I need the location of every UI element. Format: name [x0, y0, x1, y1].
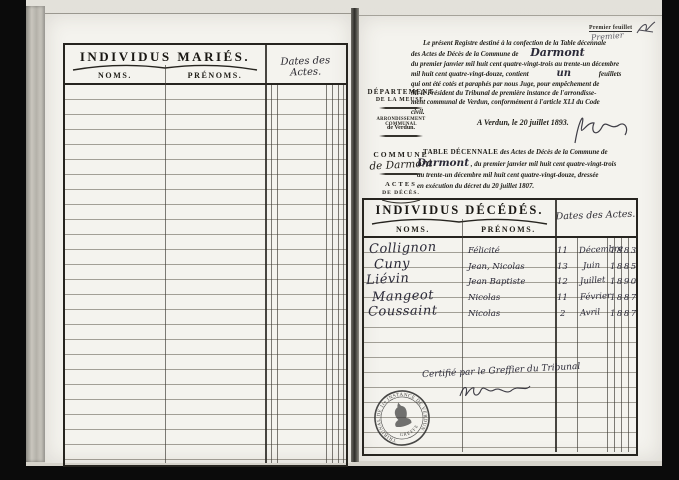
married-col-noms: NOMS.	[65, 71, 165, 80]
divider	[379, 107, 423, 109]
intro-line: des Actes de Décès de la Commune de Darm…	[411, 48, 657, 59]
stamp-figure	[390, 400, 412, 428]
greffier-signature	[456, 376, 534, 404]
department-value: DE LA MEUSE.	[361, 97, 441, 103]
commune-handwritten: Darmont	[530, 46, 585, 59]
deceased-col-prenoms: PRÉNOMS.	[462, 225, 555, 234]
paraph-flourish	[635, 20, 657, 36]
deceased-nom: Collignon	[369, 240, 437, 257]
married-col-dates: Dates des Actes.	[265, 55, 347, 80]
decennale-title: TABLE DÉCENNALE	[423, 149, 498, 156]
intro-line: qui ont été cotés et paraphés par nous J…	[411, 80, 657, 89]
dateline: A Verdun, le 20 juillet 1893.	[477, 118, 569, 127]
book-gutter	[351, 8, 359, 462]
married-table: INDIVIDUS MARIÉS. NOMS. PRÉNOMS. Dates d…	[63, 43, 348, 467]
book-scan: INDIVIDUS MARIÉS. NOMS. PRÉNOMS. Dates d…	[26, 0, 662, 466]
right-page: Premier feuillet Premier Le présent Regi…	[359, 15, 662, 461]
deceased-table: INDIVIDUS DÉCÉDÉS. NOMS. PRÉNOMS. Dates …	[362, 198, 638, 456]
divider	[379, 135, 423, 137]
left-page: INDIVIDUS MARIÉS. NOMS. PRÉNOMS. Dates d…	[45, 13, 352, 463]
arrondissement-value: de Verdun.	[361, 125, 441, 131]
deceased-table-title: INDIVIDUS DÉCÉDÉS.	[364, 203, 555, 218]
married-table-body	[65, 85, 346, 463]
decennale-heading: TABLE DÉCENNALE des Actes de Décès de la…	[417, 147, 657, 192]
deceased-year: 1883	[610, 246, 638, 256]
deceased-prenom: Félicité	[468, 246, 500, 256]
deceased-table-header: INDIVIDUS DÉCÉDÉS. NOMS. PRÉNOMS. Dates …	[364, 200, 636, 238]
married-table-header: INDIVIDUS MARIÉS. NOMS. PRÉNOMS. Dates d…	[65, 45, 346, 85]
tribunal-stamp: TRIBUNAL DE 1re INSTANCE DE VERDUN GREFF…	[366, 382, 439, 455]
sheet-count-handwritten: un	[556, 68, 571, 79]
married-col-prenoms: PRÉNOMS.	[165, 71, 265, 80]
intro-line: ment communal de Verdun, conformément à …	[411, 98, 657, 107]
intro-line: du premier janvier mil huit cent quatre-…	[411, 60, 657, 69]
page-stack-edge	[26, 6, 45, 462]
deceased-col-dates: Dates des Actes.	[555, 209, 636, 223]
judge-signature	[567, 109, 633, 149]
scanned-register-spread: { "left_page": { "table_title": "INDIVID…	[0, 0, 679, 480]
deceased-table-body: Collignon Félicité 11 Décembre 1883 Cuny…	[364, 238, 636, 452]
deceased-day: 11	[557, 246, 568, 256]
intro-line: M. le Président du Tribunal de première …	[411, 89, 657, 98]
deceased-col-noms: NOMS.	[364, 225, 462, 234]
married-table-title: INDIVIDUS MARIÉS.	[65, 49, 265, 65]
commune-handwritten-2: Darmont	[417, 157, 469, 169]
intro-line: mil huit cent quatre-vingt-douze, contie…	[411, 69, 657, 79]
department-label: DÉPARTEMENT	[361, 88, 441, 96]
register-intro: Le présent Registre destiné à la confect…	[411, 39, 657, 117]
